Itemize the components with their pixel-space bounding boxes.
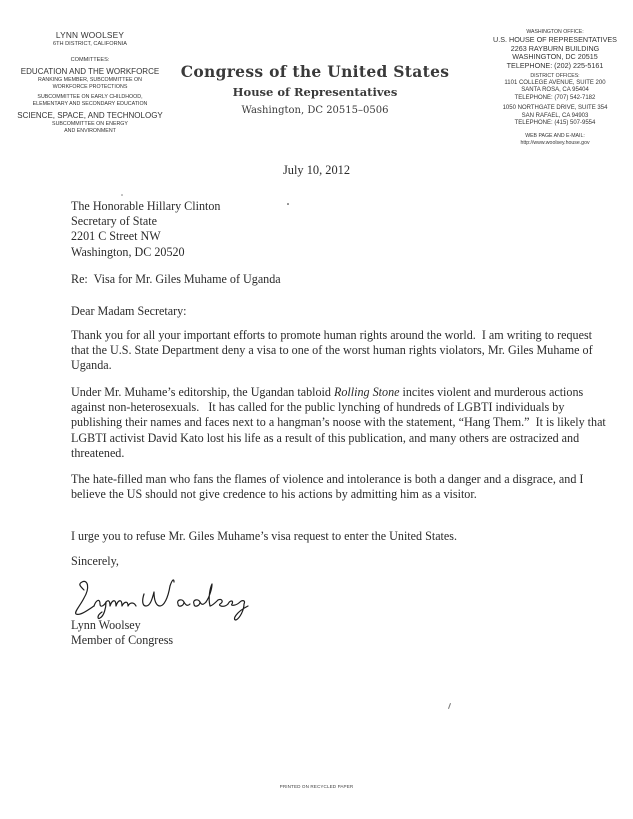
letter-date: July 10, 2012 [0,163,633,178]
committees-label: COMMITTEES: [2,56,178,64]
signer-block: Lynn Woolsey Member of Congress [71,618,173,648]
letter-page: LYNN WOOLSEY 6TH DISTRICT, CALIFORNIA CO… [0,0,633,819]
office-line: 1050 NORTHGATE DRIVE, SUITE 354 [480,105,630,112]
salutation: Dear Madam Secretary: [71,304,187,319]
subcommittee-line: AND ENVIRONMENT [2,128,178,135]
subject-line: Re: Visa for Mr. Giles Muhame of Uganda [71,272,281,287]
signer-name: Lynn Woolsey [71,618,173,633]
congress-title: Congress of the United States [180,63,450,81]
web-label: WEB PAGE AND E-MAIL: [480,133,630,140]
letterhead-offices: WASHINGTON OFFICE: U.S. HOUSE OF REPRESE… [480,29,630,147]
recipient-line: 2201 C Street NW [71,229,220,244]
signer-title: Member of Congress [71,633,173,648]
paragraph-3: The hate-filled man who fans the flames … [71,472,611,502]
letterhead-title: Congress of the United States House of R… [180,63,450,118]
committee-education: EDUCATION AND THE WORKFORCE [2,67,178,77]
scan-speck [287,203,289,205]
member-name: LYNN WOOLSEY [2,30,178,40]
office-line: SAN RAFAEL, CA 94903 [480,113,630,120]
paragraph-1: Thank you for all your important efforts… [71,328,611,374]
closing: Sincerely, [71,554,119,569]
letterhead-member-info: LYNN WOOLSEY 6TH DISTRICT, CALIFORNIA CO… [2,30,178,135]
recipient-line: Washington, DC 20520 [71,245,220,260]
district-offices-label: DISTRICT OFFICES: [480,73,630,80]
member-district: 6TH DISTRICT, CALIFORNIA [2,40,178,48]
subcommittee-line: SUBCOMMITTEE ON EARLY CHILDHOOD, [2,94,178,101]
committee-science: SCIENCE, SPACE, AND TECHNOLOGY [2,111,178,121]
city-line: Washington, DC 20515–0506 [180,103,450,118]
recipient-line: Secretary of State [71,214,220,229]
office-line: TELEPHONE: (415) 507-9554 [480,120,630,127]
subcommittee-line: WORKFORCE PROTECTIONS [2,84,178,91]
signature-image [70,576,280,622]
paragraph-2: Under Mr. Muhame’s editorship, the Ugand… [71,385,611,461]
office-line: SANTA ROSA, CA 95404 [480,87,630,94]
paragraph-2-text: Under Mr. Muhame’s editorship, the Ugand… [71,385,334,399]
office-line: TELEPHONE: (707) 542-7182 [480,95,630,102]
office-line: 1101 COLLEGE AVENUE, SUITE 200 [480,80,630,87]
office-line: TELEPHONE: (202) 225-5161 [480,62,630,71]
recipient-line: The Honorable Hillary Clinton [71,199,220,214]
subcommittee-line: SUBCOMMITTEE ON ENERGY [2,121,178,128]
subcommittee-line: RANKING MEMBER, SUBCOMMITTEE ON [2,77,178,84]
web-url: http://www.woolsey.house.gov [480,140,630,147]
recycled-paper-note: PRINTED ON RECYCLED PAPER [0,784,633,789]
recipient-address: The Honorable Hillary Clinton Secretary … [71,199,220,260]
scan-speck [121,194,123,196]
house-title: House of Representatives [180,84,450,101]
subcommittee-line: ELEMENTARY AND SECONDARY EDUCATION [2,101,178,108]
paragraph-4: I urge you to refuse Mr. Giles Muhame’s … [71,529,457,544]
publication-name: Rolling Stone [334,385,400,399]
pen-mark [448,703,451,709]
